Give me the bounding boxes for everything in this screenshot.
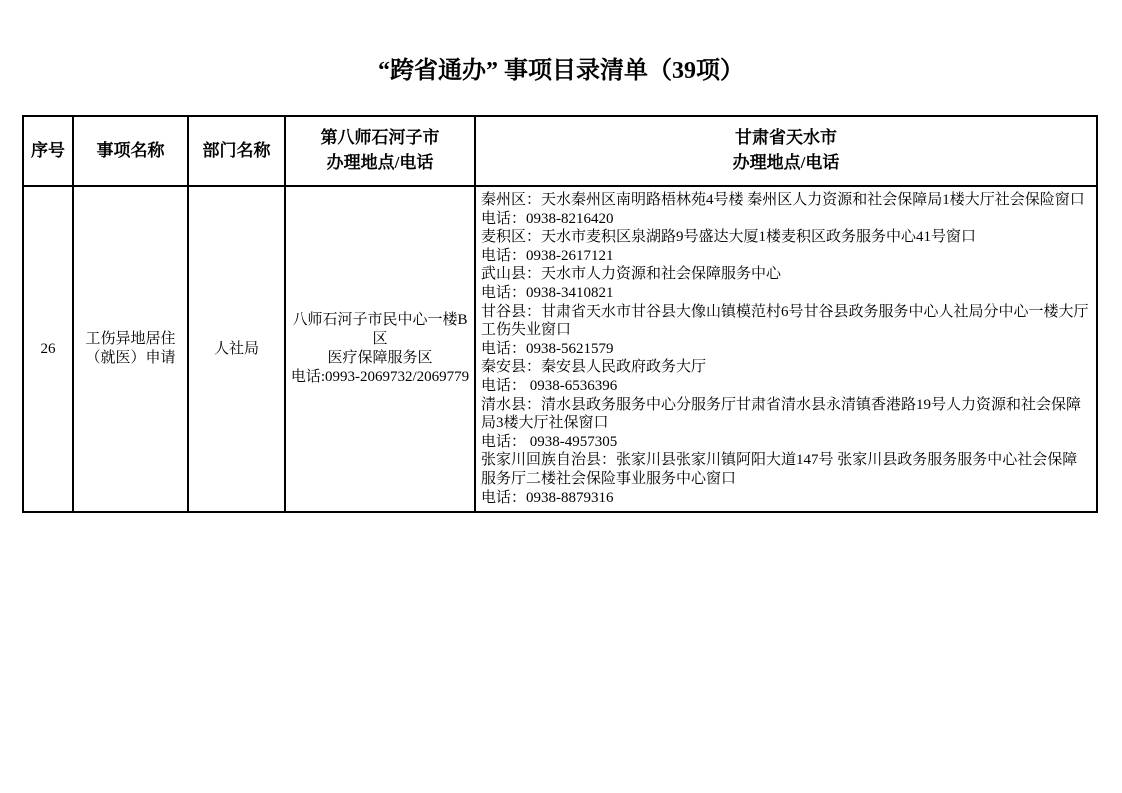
header-department: 部门名称 [188, 116, 285, 186]
header-item-name: 事项名称 [73, 116, 188, 186]
header-shihezi-office: 第八师石河子市 办理地点/电话 [285, 116, 475, 186]
shihezi-office-cell: 八师石河子市民中心一楼B区 医疗保障服务区 电话:0993-2069732/20… [285, 186, 475, 512]
item-name-cell: 工伤异地居住 （就医）申请 [73, 186, 188, 512]
catalog-table: 序号 事项名称 部门名称 第八师石河子市 办理地点/电话 甘肃省天水市 办理地点… [22, 115, 1098, 513]
tianshui-office-cell: 秦州区：天水秦州区南明路梧林苑4号楼 秦州区人力资源和社会保障局1楼大厅社会保险… [475, 186, 1097, 512]
table-row: 26 工伤异地居住 （就医）申请 人社局 八师石河子市民中心一楼B区 医疗保障服… [23, 186, 1097, 512]
department-cell: 人社局 [188, 186, 285, 512]
header-tianshui-office: 甘肃省天水市 办理地点/电话 [475, 116, 1097, 186]
page-title: “跨省通办” 事项目录清单（39项） [0, 56, 1122, 87]
table-header-row: 序号 事项名称 部门名称 第八师石河子市 办理地点/电话 甘肃省天水市 办理地点… [23, 116, 1097, 186]
serial-cell: 26 [23, 186, 73, 512]
header-serial: 序号 [23, 116, 73, 186]
